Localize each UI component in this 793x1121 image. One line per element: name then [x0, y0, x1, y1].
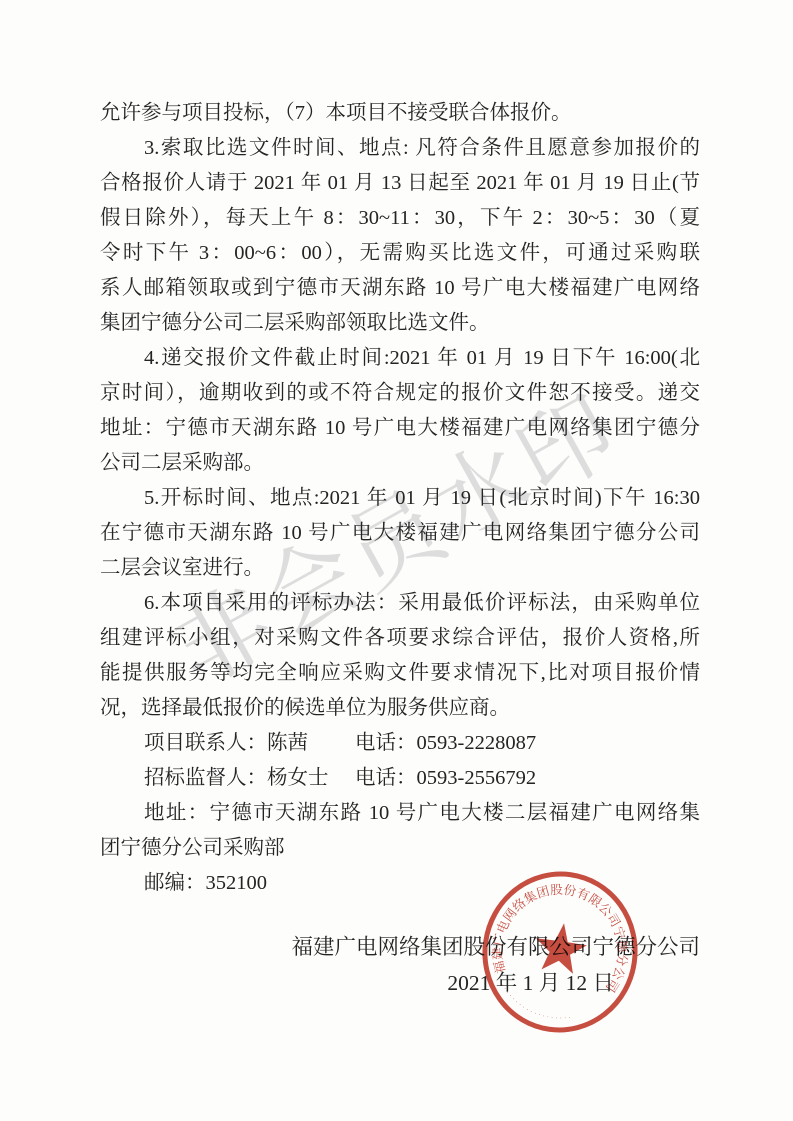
- document-line: 3.索取比选文件时间、地点: 凡符合条件且愿意参加报价的: [100, 131, 700, 166]
- document-line: 6.本项目采用的评标办法：采用最低价评标法，由采购单位: [100, 586, 700, 621]
- document-line: 允许参与项目投标，（7）本项目不接受联合体报价。: [100, 96, 700, 131]
- document-line: 况，选择最低报价的候选单位为服务供应商。: [100, 691, 700, 726]
- contact-phone: 电话：0593-2556792: [355, 761, 536, 796]
- document-line: 令时下午 3：00~6：00），无需购买比选文件，可通过采购联: [100, 236, 700, 271]
- document-line: 能提供服务等均完全响应采购文件要求情况下,比对项目报价情: [100, 656, 700, 691]
- contact-line: 项目联系人：陈茜电话：0593-2228087: [100, 726, 700, 761]
- contact-line: 招标监督人：杨女士电话：0593-2556792: [100, 761, 700, 796]
- document-line: 二层会议室进行。: [100, 551, 700, 586]
- contact-person: 招标监督人：杨女士: [144, 767, 329, 789]
- document-line: 组建评标小组，对采购文件各项要求综合评估，报价人资格,所: [100, 621, 700, 656]
- document-line: 公司二层采购部。: [100, 446, 700, 481]
- contact-person: 项目联系人：陈茜: [144, 732, 308, 754]
- document-line: 合格报价人请于 2021 年 01 月 13 日起至 2021 年 01 月 1…: [100, 166, 700, 201]
- document-line: 京时间），逾期收到的或不符合规定的报价文件恕不接受。递交: [100, 376, 700, 411]
- document-line: 集团宁德分公司二层采购部领取比选文件。: [100, 306, 700, 341]
- seal-code-marks: ····················: [492, 979, 578, 1025]
- document-page: 非会员水印 允许参与项目投标，（7）本项目不接受联合体报价。3.索取比选文件时间…: [0, 0, 793, 1121]
- document-line: 团宁德分公司采购部: [100, 831, 700, 866]
- document-line: 地址：宁德市天湖东路 10 号广电大楼二层福建广电网络集: [100, 796, 700, 831]
- document-line: 假日除外），每天上午 8：30~11：30，下午 2：30~5：30（夏: [100, 201, 700, 236]
- official-seal: 福建广电网络集团股份有限公司宁德分公司 ····················: [467, 856, 653, 1047]
- document-line: 4.递交报价文件截止时间:2021 年 01 月 19 日下午 16:00(北: [100, 341, 700, 376]
- document-line: 系人邮箱领取或到宁德市天湖东路 10 号广电大楼福建广电网络: [100, 271, 700, 306]
- contact-phone: 电话：0593-2228087: [355, 726, 536, 761]
- document-body: 允许参与项目投标，（7）本项目不接受联合体报价。3.索取比选文件时间、地点: 凡…: [100, 96, 700, 901]
- document-line: 地址：宁德市天湖东路 10 号广电大楼福建广电网络集团宁德分: [100, 411, 700, 446]
- document-line: 5.开标时间、地点:2021 年 01 月 19 日(北京时间)下午 16:30: [100, 481, 700, 516]
- seal-star-icon: [532, 920, 590, 975]
- document-line: 在宁德市天湖东路 10 号广电大楼福建广电网络集团宁德分公司: [100, 516, 700, 551]
